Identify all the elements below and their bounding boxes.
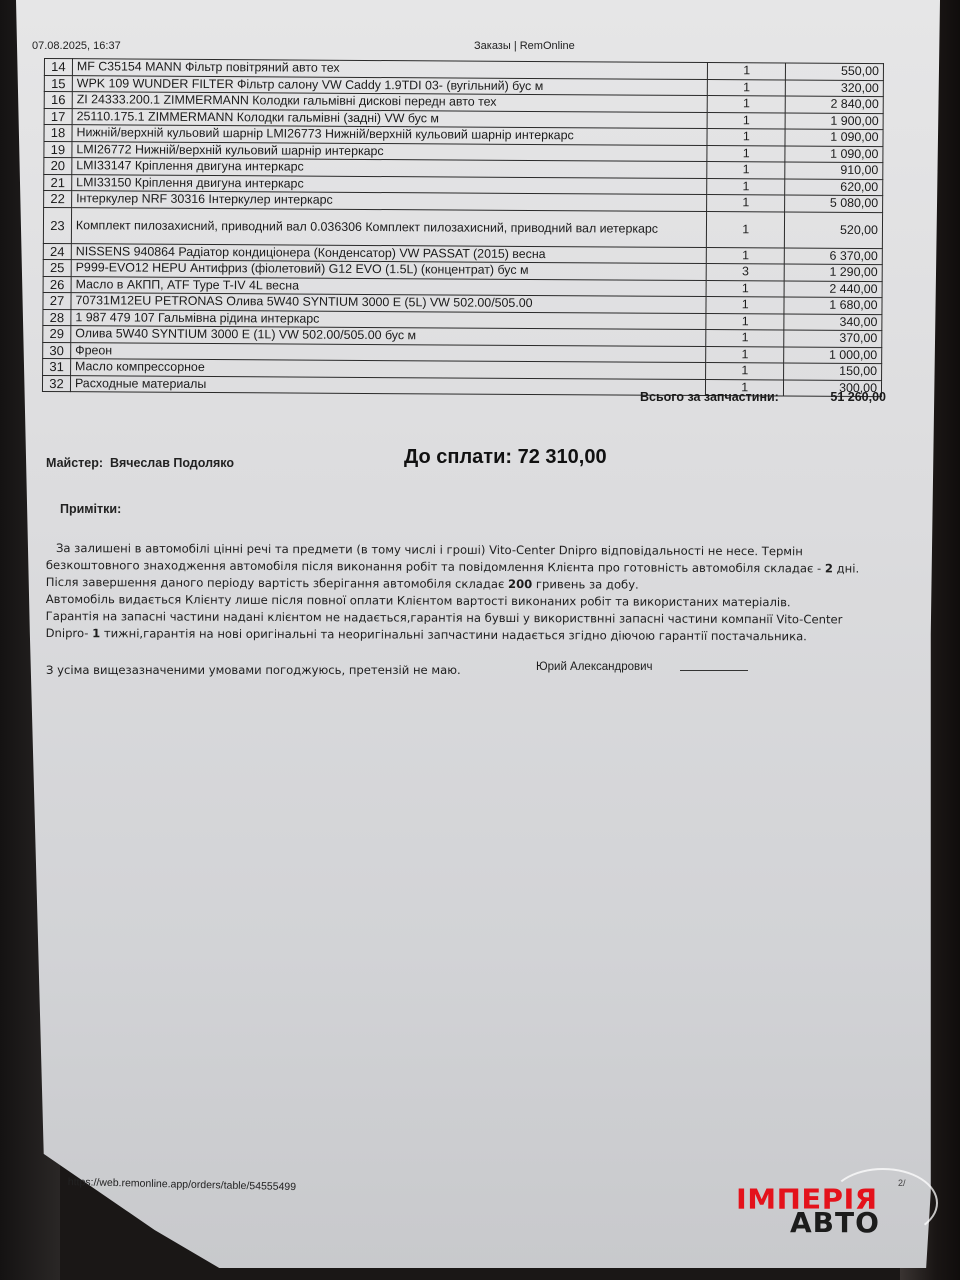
part-price: 1 900,00 [785,113,883,130]
row-number: 17 [44,108,72,125]
part-quantity: 1 [706,363,784,380]
watermark-logo: ІМПЕРІЯ АВТО [736,1168,916,1238]
row-number: 15 [44,75,72,92]
part-price: 2 440,00 [784,281,882,298]
row-number: 20 [44,158,72,175]
part-quantity: 1 [708,63,786,80]
master-label: Майстер: [46,456,103,470]
part-quantity: 1 [706,280,784,297]
part-price: 1 680,00 [784,297,882,314]
part-quantity: 1 [707,145,785,162]
part-price: 910,00 [785,162,883,179]
row-number: 29 [43,325,71,342]
part-price: 1 090,00 [785,146,883,163]
part-price: 370,00 [784,330,882,347]
part-price: 1 290,00 [784,264,882,281]
print-page-title: Заказы | RemOnline [474,40,575,52]
part-price: 520,00 [784,212,882,249]
part-price: 1 000,00 [784,347,882,364]
amount-due-value: 72 310,00 [518,446,607,468]
parts-total-label: Всього за запчастини: [640,390,779,404]
part-price: 550,00 [786,63,884,80]
part-quantity: 1 [707,162,785,179]
row-number: 18 [44,125,72,142]
part-quantity: 1 [707,112,785,129]
logo-text-bottom: АВТО [790,1206,880,1239]
part-quantity: 1 [706,313,784,330]
client-name: Юрий Александрович [536,661,653,673]
part-price: 6 370,00 [784,248,882,265]
part-quantity: 1 [708,79,786,96]
row-number: 22 [44,191,72,208]
part-description: Расходные материалы [70,375,706,395]
part-quantity: 1 [706,297,784,314]
parts-total: Всього за запчастини: 51 260,00 [640,390,886,404]
part-price: 1 090,00 [785,129,883,146]
part-quantity: 1 [706,346,784,363]
row-number: 14 [44,59,72,76]
row-number: 26 [43,276,71,293]
row-number: 23 [43,207,71,243]
part-price: 150,00 [784,363,882,380]
notes-label: Примітки: [60,502,121,516]
signature-line [680,670,748,671]
part-quantity: 1 [707,247,785,264]
row-number: 30 [43,342,71,359]
row-number: 31 [43,358,71,375]
agreement-statement: З усіма вищезазначеними умовами погоджую… [46,663,461,677]
row-number: 21 [44,174,72,191]
part-price: 2 840,00 [785,96,883,113]
part-quantity: 1 [707,195,785,212]
part-price: 320,00 [785,80,883,97]
part-quantity: 1 [707,211,785,247]
amount-due-label: До сплати: [404,446,512,468]
part-quantity: 1 [707,129,785,146]
row-number: 32 [42,375,70,392]
table-row: 23Комплект пилозахисний, приводний вал 0… [43,207,882,248]
row-number: 19 [44,141,72,158]
part-quantity: 1 [707,178,785,195]
parts-table: 14MF C35154 MANN Фільтр повітряний авто … [42,58,884,397]
row-number: 24 [43,243,71,260]
parts-total-value: 51 260,00 [830,390,886,404]
part-price: 620,00 [785,179,883,196]
row-number: 27 [43,292,71,309]
part-quantity: 1 [706,330,784,347]
row-number: 16 [44,92,72,109]
row-number: 28 [43,309,71,326]
part-price: 340,00 [784,314,882,331]
part-description: Комплект пилозахисний, приводний вал 0.0… [71,207,707,247]
master-name: Вячеслав Подоляко [110,456,234,470]
part-quantity: 3 [707,264,785,281]
print-datetime: 07.08.2025, 16:37 [32,40,121,52]
terms-text: За залишені в автомобілі цінні речі та п… [46,540,906,646]
amount-due: До сплати: 72 310,00 [404,446,607,469]
part-quantity: 1 [708,96,786,113]
master-line: Майстер: Вячеслав Подоляко [46,456,234,470]
row-number: 25 [43,259,71,276]
part-price: 5 080,00 [785,195,883,212]
